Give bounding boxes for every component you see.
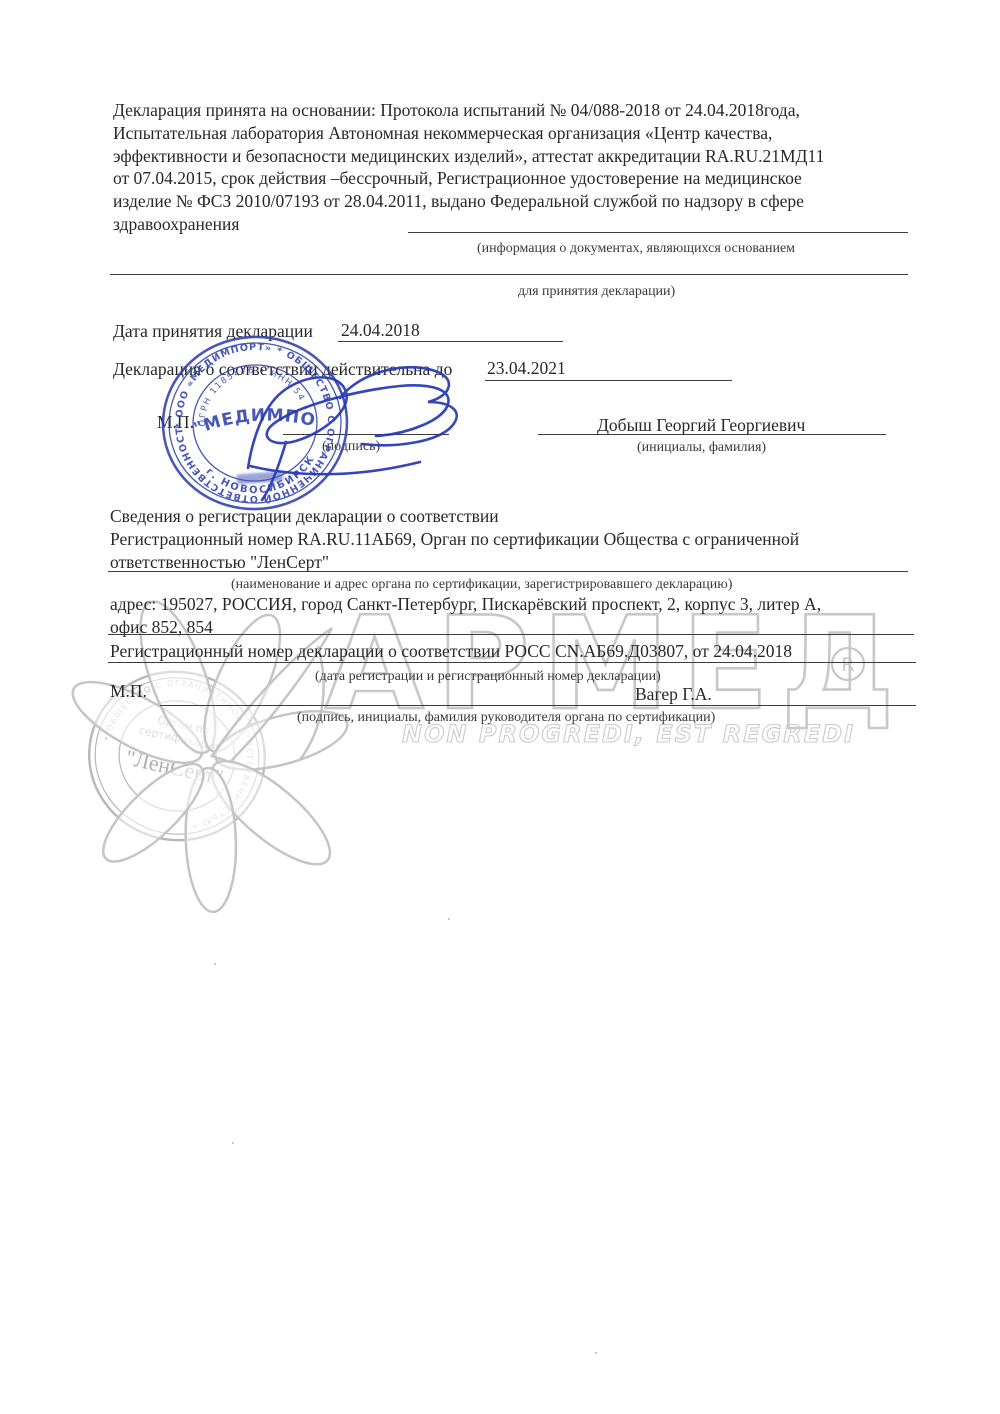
address-block: адрес: 195027, РОССИЯ, город Санкт-Петер… bbox=[110, 593, 821, 638]
adoption-date-underline bbox=[338, 341, 563, 342]
scanned-declaration-page: АРМЕД R NON PROGREDI, EST REGREDI • ОБЩЕ… bbox=[0, 0, 1000, 1414]
registration-body: Регистрационный номер RA.RU.11АБ69, Орга… bbox=[110, 528, 799, 573]
scan-speck bbox=[232, 1142, 234, 1144]
document-text-layer: Декларация принята на основании: Протоко… bbox=[0, 0, 1000, 1414]
registration-caption: (наименование и адрес органа по сертифик… bbox=[231, 577, 732, 593]
basis-line-2: Испытательная лаборатория Автономная нек… bbox=[113, 122, 824, 145]
declarant-underline bbox=[538, 434, 886, 435]
seal-mark-2: М.П. bbox=[110, 680, 147, 703]
head-name: Вагер Г.А. bbox=[635, 683, 712, 706]
registration-underline bbox=[108, 571, 908, 572]
registration-number-caption: (дата регистрации и регистрационный номе… bbox=[315, 669, 661, 685]
basis-line-5: изделие № ФСЗ 2010/07193 от 28.04.2011, … bbox=[113, 190, 824, 213]
basis-underline-1 bbox=[408, 232, 908, 233]
head-underline bbox=[160, 705, 916, 706]
adoption-date-label: Дата принятия декларации bbox=[113, 320, 313, 343]
basis-line-1: Декларация принята на основании: Протоко… bbox=[113, 99, 824, 122]
declarant-caption: (инициалы, фамилия) bbox=[637, 440, 766, 456]
validity-value: 23.04.2021 bbox=[487, 357, 566, 380]
seal-mark-1: М.П. bbox=[157, 411, 194, 434]
address-underline bbox=[108, 634, 914, 635]
basis-underline-2 bbox=[110, 274, 908, 275]
validity-label: Декларация о соответствии действительна … bbox=[113, 358, 452, 381]
registration-number-line: Регистрационный номер декларации о соотв… bbox=[110, 640, 792, 663]
validity-underline bbox=[485, 380, 732, 381]
scan-speck bbox=[595, 1352, 597, 1354]
head-caption: (подпись, инициалы, фамилия руководителя… bbox=[297, 710, 715, 726]
signature-line-1 bbox=[283, 434, 449, 435]
registration-number-underline bbox=[108, 662, 916, 663]
basis-line-4: от 07.04.2015, срок действия –бессрочный… bbox=[113, 167, 824, 190]
registration-body-line-2: ответственностью "ЛенСерт" bbox=[110, 551, 799, 574]
registration-heading: Сведения о регистрации декларации о соот… bbox=[110, 505, 499, 528]
scan-speck bbox=[214, 963, 216, 965]
scan-speck bbox=[448, 918, 450, 920]
adoption-date-value: 24.04.2018 bbox=[341, 319, 420, 342]
basis-line-3: эффективности и безопасности медицинских… bbox=[113, 145, 824, 168]
address-line-1: адрес: 195027, РОССИЯ, город Санкт-Петер… bbox=[110, 593, 821, 616]
signature-caption-1: (подпись) bbox=[322, 439, 380, 455]
basis-caption-2: для принятия декларации) bbox=[518, 284, 675, 300]
registration-body-line-1: Регистрационный номер RA.RU.11АБ69, Орга… bbox=[110, 528, 799, 551]
basis-caption-1: (информация о документах, являющихся осн… bbox=[477, 241, 795, 257]
basis-paragraph: Декларация принята на основании: Протоко… bbox=[113, 99, 824, 236]
